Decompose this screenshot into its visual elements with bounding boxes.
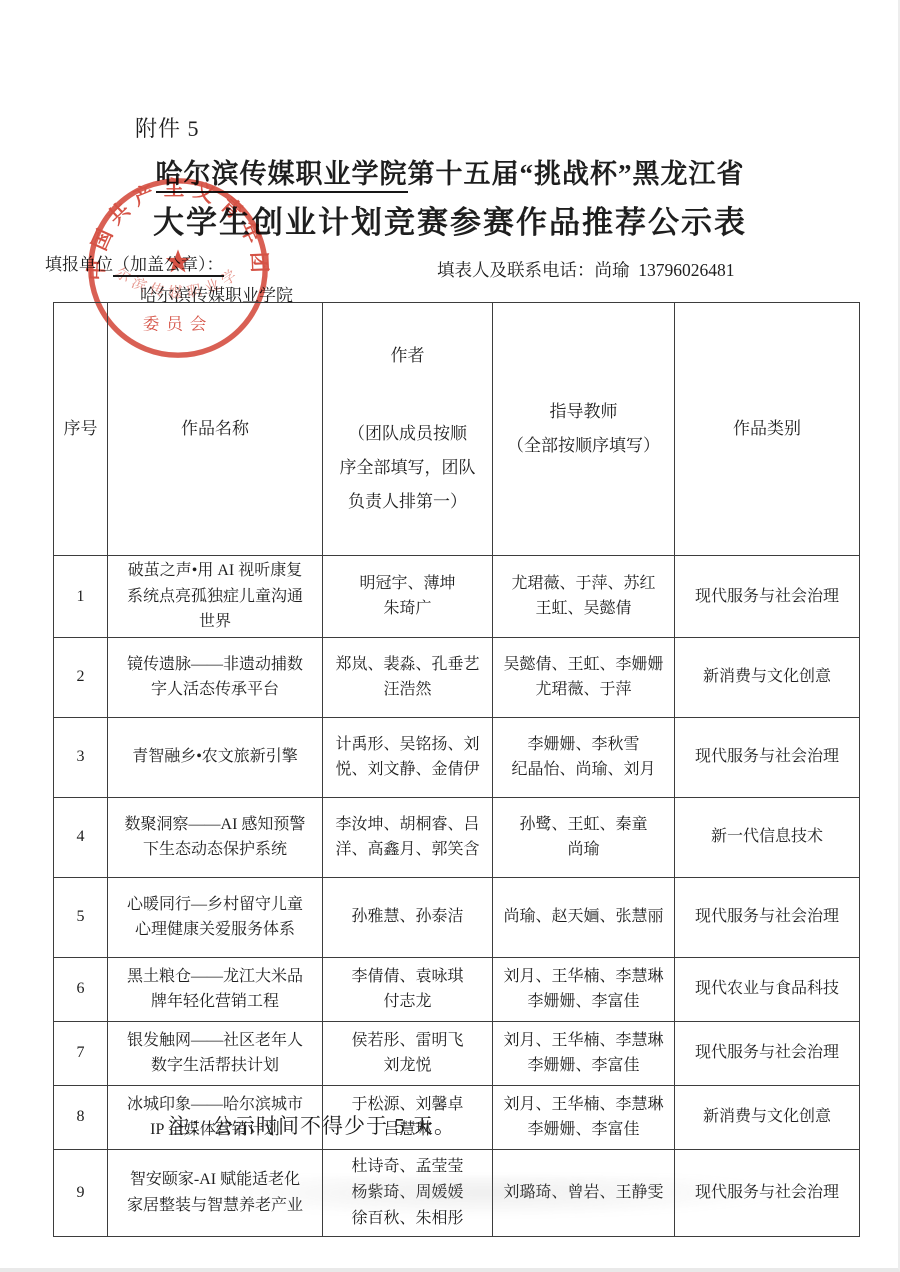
cell-category: 现代服务与社会治理 bbox=[675, 1149, 860, 1236]
cell-teachers: 刘月、王华楠、李慧琳 李姗姗、李富佳 bbox=[493, 1085, 675, 1149]
cell-category: 现代服务与社会治理 bbox=[675, 717, 860, 797]
col-header-no: 序号 bbox=[54, 303, 108, 556]
cell-authors: 杜诗奇、孟莹莹 杨紫琦、周媛媛 徐百秋、朱相彤 bbox=[323, 1149, 493, 1236]
cell-teachers: 李姗姗、李秋雪 纪晶怡、尚瑜、刘月 bbox=[493, 717, 675, 797]
attachment-label: 附件 5 bbox=[135, 112, 200, 143]
cell-authors: 李倩倩、袁咏琪 付志龙 bbox=[323, 957, 493, 1021]
document-page: 附件 5 哈尔滨传媒职业学院第十五届“挑战杯”黑龙江省 大学生创业计划竞赛参赛作… bbox=[0, 0, 900, 1272]
col-header-authors-note: （团队成员按顺 序全部填写，团队 负责人排第一） bbox=[327, 417, 488, 519]
cell-work-name: 黑土粮仓——龙江大米品 牌年轻化营销工程 bbox=[108, 957, 323, 1021]
cell-teachers: 吴懿倩、王虹、李姗姗 尤珺薇、于萍 bbox=[493, 637, 675, 717]
cell-category: 新一代信息技术 bbox=[675, 797, 860, 877]
note-text: 注：公示时间不得少于 5 天。 bbox=[168, 1110, 456, 1140]
cell-teachers: 尤珺薇、于萍、苏红 王虹、吴懿倩 bbox=[493, 556, 675, 638]
title-line1-rest: 第十五届“挑战杯”黑龙江省 bbox=[408, 159, 745, 189]
table-row: 5 心暖同行—乡村留守儿童 心理健康关爱服务体系 孙雅慧、孙泰洁 尚瑜、赵天婳、… bbox=[54, 877, 860, 957]
cell-work-name: 心暖同行—乡村留守儿童 心理健康关爱服务体系 bbox=[108, 877, 323, 957]
cell-authors: 侯若彤、雷明飞 刘龙悦 bbox=[323, 1021, 493, 1085]
cell-index: 6 bbox=[54, 957, 108, 1021]
table-row: 4 数聚洞察——AI 感知预警 下生态动态保护系统 李汝坤、胡桐睿、吕 洋、高鑫… bbox=[54, 797, 860, 877]
cell-index: 9 bbox=[54, 1149, 108, 1236]
cell-index: 7 bbox=[54, 1021, 108, 1085]
cell-teachers: 刘月、王华楠、李慧琳 李姗姗、李富佳 bbox=[493, 957, 675, 1021]
cell-teachers: 孙鹭、王虹、秦童 尚瑜 bbox=[493, 797, 675, 877]
col-header-name: 作品名称 bbox=[108, 303, 323, 556]
cell-authors: 李汝坤、胡桐睿、吕 洋、高鑫月、郭笑含 bbox=[323, 797, 493, 877]
col-header-category: 作品类别 bbox=[675, 303, 860, 556]
table-row: 2 镜传遗脉——非遗动捕数 字人活态传承平台 郑岚、裴淼、孔垂艺 汪浩然 吴懿倩… bbox=[54, 637, 860, 717]
table-row: 6 黑土粮仓——龙江大米品 牌年轻化营销工程 李倩倩、袁咏琪 付志龙 刘月、王华… bbox=[54, 957, 860, 1021]
table-row: 7 银发触网——社区老年人 数字生活帮扶计划 侯若彤、雷明飞 刘龙悦 刘月、王华… bbox=[54, 1021, 860, 1085]
col-header-authors-title: 作者 bbox=[327, 339, 488, 373]
stamp-star-icon bbox=[166, 249, 190, 272]
cell-index: 1 bbox=[54, 556, 108, 638]
cell-index: 8 bbox=[54, 1085, 108, 1149]
cell-index: 2 bbox=[54, 637, 108, 717]
cell-work-name: 银发触网——社区老年人 数字生活帮扶计划 bbox=[108, 1021, 323, 1085]
cell-teachers: 刘月、王华楠、李慧琳 李姗姗、李富佳 bbox=[493, 1021, 675, 1085]
cell-category: 现代服务与社会治理 bbox=[675, 1021, 860, 1085]
cell-index: 4 bbox=[54, 797, 108, 877]
cell-work-name: 破茧之声•用 AI 视听康复 系统点亮孤独症儿童沟通 世界 bbox=[108, 556, 323, 638]
cell-category: 现代服务与社会治理 bbox=[675, 556, 860, 638]
cell-teachers: 尚瑜、赵天婳、张慧丽 bbox=[493, 877, 675, 957]
cell-category: 新消费与文化创意 bbox=[675, 637, 860, 717]
cell-authors: 郑岚、裴淼、孔垂艺 汪浩然 bbox=[323, 637, 493, 717]
contact-line: 填表人及联系电话：尚瑜 13796026481 bbox=[437, 257, 735, 282]
cell-work-name: 数聚洞察——AI 感知预警 下生态动态保护系统 bbox=[108, 797, 323, 877]
cell-authors: 计禹形、吴铭扬、刘 悦、刘文静、金倩伊 bbox=[323, 717, 493, 797]
cell-category: 现代农业与食品科技 bbox=[675, 957, 860, 1021]
cell-work-name: 青智融乡•农文旅新引擎 bbox=[108, 717, 323, 797]
table-row: 3 青智融乡•农文旅新引擎 计禹形、吴铭扬、刘 悦、刘文静、金倩伊 李姗姗、李秋… bbox=[54, 717, 860, 797]
table-row: 1 破茧之声•用 AI 视听康复 系统点亮孤独症儿童沟通 世界 明冠宇、薄坤 朱… bbox=[54, 556, 860, 638]
cell-work-name: 镜传遗脉——非遗动捕数 字人活态传承平台 bbox=[108, 637, 323, 717]
cell-category: 新消费与文化创意 bbox=[675, 1085, 860, 1149]
col-header-teachers: 指导教师 （全部按顺序填写） bbox=[493, 303, 675, 556]
works-table: 序号 作品名称 作者 （团队成员按顺 序全部填写，团队 负责人排第一） 指导教师… bbox=[53, 302, 860, 1237]
cell-index: 5 bbox=[54, 877, 108, 957]
cell-index: 3 bbox=[54, 717, 108, 797]
cell-category: 现代服务与社会治理 bbox=[675, 877, 860, 957]
table-row: 9 智安颐家-AI 赋能适老化 家居整装与智慧养老产业 杜诗奇、孟莹莹 杨紫琦、… bbox=[54, 1149, 860, 1236]
col-header-authors: 作者 （团队成员按顺 序全部填写，团队 负责人排第一） bbox=[323, 303, 493, 556]
table-header-row: 序号 作品名称 作者 （团队成员按顺 序全部填写，团队 负责人排第一） 指导教师… bbox=[54, 303, 860, 556]
cell-authors: 明冠宇、薄坤 朱琦广 bbox=[323, 556, 493, 638]
cell-authors: 孙雅慧、孙泰洁 bbox=[323, 877, 493, 957]
cell-work-name: 智安颐家-AI 赋能适老化 家居整装与智慧养老产业 bbox=[108, 1149, 323, 1236]
cell-teachers: 刘璐琦、曾岩、王静雯 bbox=[493, 1149, 675, 1236]
